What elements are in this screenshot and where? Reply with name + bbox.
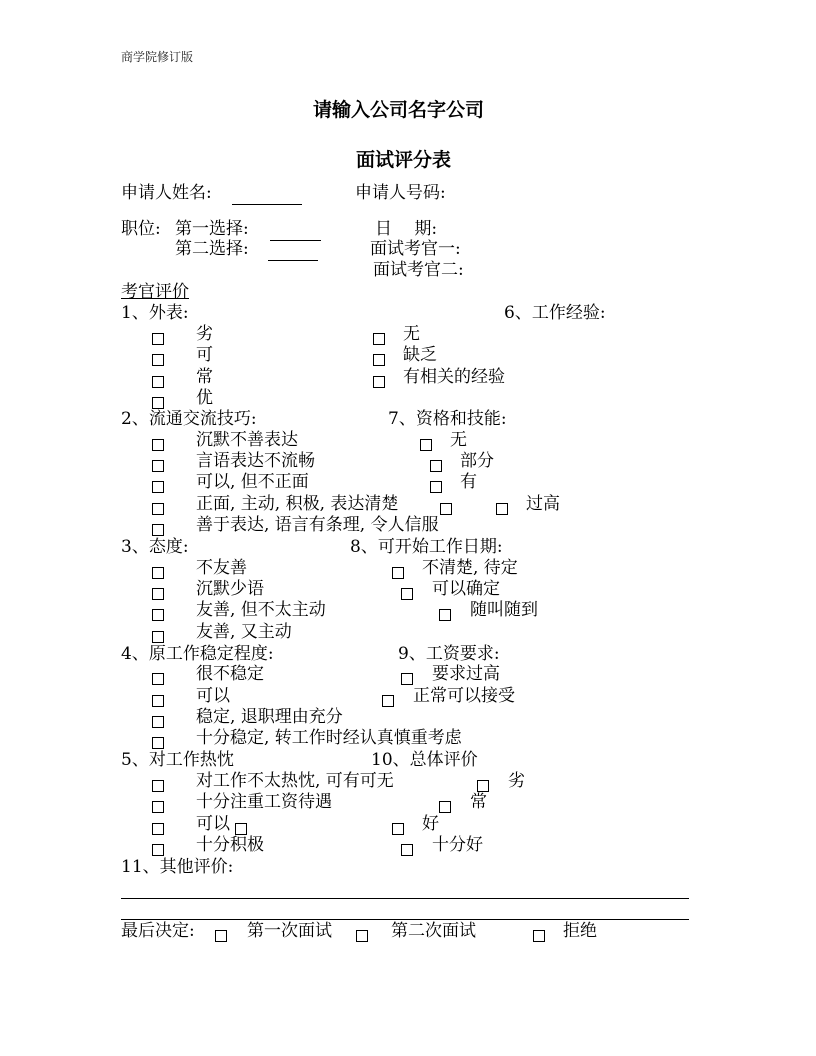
first-choice-field[interactable]: [270, 222, 321, 241]
s10-checkbox-3[interactable]: [401, 840, 413, 859]
s2-checkbox-1[interactable]: [152, 456, 164, 475]
s4-option-2: 稳定, 退职理由充分: [196, 707, 343, 728]
s6-option-0: 无: [403, 324, 420, 345]
s7-checkbox-3[interactable]: [496, 499, 508, 518]
s8-checkbox-0[interactable]: [392, 563, 404, 582]
first-choice-label: 第一选择:: [175, 219, 249, 240]
s2-title: 2、流通交流技巧:: [121, 409, 257, 430]
s8-title: 8、可开始工作日期:: [350, 537, 503, 558]
s2-option-4: 善于表达, 语言有条理, 令人信服: [196, 515, 439, 536]
s10-title: 10、总体评价: [371, 750, 478, 771]
s1-option-3: 优: [196, 388, 213, 409]
second-choice-field[interactable]: [268, 242, 318, 261]
s6-checkbox-2[interactable]: [373, 372, 385, 391]
section-title: 考官评价: [121, 282, 189, 303]
form-title: 面试评分表: [356, 145, 451, 172]
s10-option-3: 十分好: [432, 835, 483, 856]
s1-checkbox-2[interactable]: [152, 372, 164, 391]
s5-title: 5、对工作热忱: [121, 750, 234, 771]
interviewer1-label: 面试考官一:: [370, 239, 461, 260]
s10-option-0: 劣: [508, 771, 525, 792]
s4-option-0: 很不稳定: [196, 664, 264, 685]
s1-checkbox-1[interactable]: [152, 350, 164, 369]
other-comments-line-2[interactable]: [121, 919, 689, 920]
s4-option-3: 十分稳定, 转工作时经认真慎重考虑: [196, 728, 462, 749]
s3-option-1: 沉默少语: [196, 579, 264, 600]
final-checkbox-0[interactable]: [215, 926, 227, 945]
s3-title: 3、态度:: [121, 537, 189, 558]
s4-checkbox-0[interactable]: [152, 669, 164, 688]
final-decision-label: 最后决定:: [121, 921, 195, 942]
s7-title: 7、资格和技能:: [388, 409, 507, 430]
s4-title: 4、原工作稳定程度:: [121, 644, 274, 665]
s4-checkbox-1[interactable]: [152, 691, 164, 710]
final-checkbox-1[interactable]: [356, 926, 368, 945]
company-title: 请输入公司名字公司: [313, 95, 484, 122]
s2-stray-checkbox[interactable]: [440, 499, 452, 518]
s4-option-1: 可以: [196, 686, 230, 707]
s2-checkbox-3[interactable]: [152, 499, 164, 518]
final-option-0: 第一次面试: [247, 921, 332, 942]
s10-option-1: 常: [470, 792, 487, 813]
s3-checkbox-2[interactable]: [152, 605, 164, 624]
s6-title: 6、工作经验:: [504, 303, 606, 324]
position-label: 职位:: [121, 219, 161, 240]
s9-option-0: 要求过高: [432, 664, 500, 685]
header-note: 商学院修订版: [121, 48, 193, 65]
s1-checkbox-0[interactable]: [152, 329, 164, 348]
s7-checkbox-2[interactable]: [430, 477, 442, 496]
second-choice-label: 第二选择:: [175, 239, 249, 260]
final-option-1: 第二次面试: [391, 921, 476, 942]
s3-option-0: 不友善: [196, 558, 247, 579]
s8-option-0: 不清楚, 待定: [422, 558, 518, 579]
s7-checkbox-1[interactable]: [430, 456, 442, 475]
s5-option-1: 十分注重工资待遇: [196, 792, 332, 813]
s2-checkbox-0[interactable]: [152, 435, 164, 454]
s7-option-1: 部分: [460, 451, 494, 472]
applicant-number-label: 申请人号码:: [355, 183, 446, 204]
s5-option-3: 十分积极: [196, 835, 264, 856]
s11-title: 11、其他评价:: [121, 857, 233, 878]
s10-option-2: 好: [422, 814, 439, 835]
s7-option-3: 过高: [526, 494, 560, 515]
s8-option-1: 可以确定: [432, 579, 500, 600]
s1-option-2: 常: [196, 367, 213, 388]
s4-checkbox-2[interactable]: [152, 712, 164, 731]
date-label: 日 期:: [375, 219, 437, 240]
s7-option-2: 有: [460, 472, 477, 493]
s5-option-2: 可以: [196, 814, 230, 835]
s6-checkbox-0[interactable]: [373, 329, 385, 348]
s5-checkbox-0[interactable]: [152, 776, 164, 795]
interviewer2-label: 面试考官二:: [373, 260, 464, 281]
s2-option-2: 可以, 但不正面: [196, 472, 309, 493]
s1-option-1: 可: [196, 345, 213, 366]
final-option-2: 拒绝: [563, 921, 597, 942]
s2-option-3: 正面, 主动, 积极, 表达清楚: [196, 494, 398, 515]
s9-option-1: 正常可以接受: [413, 686, 515, 707]
s8-checkbox-2[interactable]: [439, 605, 451, 624]
s3-option-3: 友善, 又主动: [196, 622, 292, 643]
s6-checkbox-1[interactable]: [373, 350, 385, 369]
s7-checkbox-0[interactable]: [420, 435, 432, 454]
s6-option-2: 有相关的经验: [403, 367, 505, 388]
s3-checkbox-1[interactable]: [152, 584, 164, 603]
s6-option-1: 缺乏: [403, 345, 437, 366]
s8-checkbox-1[interactable]: [401, 584, 413, 603]
s9-title: 9、工资要求:: [398, 644, 500, 665]
s8-option-2: 随叫随到: [470, 600, 538, 621]
s9-checkbox-0[interactable]: [401, 669, 413, 688]
s9-checkbox-1[interactable]: [382, 691, 394, 710]
s5-option-0: 对工作不太热忱, 可有可无: [196, 771, 394, 792]
s2-option-0: 沉默不善表达: [196, 430, 298, 451]
applicant-name-label: 申请人姓名:: [121, 183, 212, 204]
s3-checkbox-0[interactable]: [152, 563, 164, 582]
s10-checkbox-2[interactable]: [392, 819, 404, 838]
s1-title: 1、外表:: [121, 303, 189, 324]
s5-checkbox-2[interactable]: [152, 819, 164, 838]
final-checkbox-2[interactable]: [533, 926, 545, 945]
s1-option-0: 劣: [196, 324, 213, 345]
s5-checkbox-1[interactable]: [152, 797, 164, 816]
s10-checkbox-1[interactable]: [439, 797, 451, 816]
s7-option-0: 无: [450, 430, 467, 451]
other-comments-line-1[interactable]: [121, 898, 689, 899]
s2-checkbox-2[interactable]: [152, 477, 164, 496]
s3-option-2: 友善, 但不太主动: [196, 600, 326, 621]
s2-option-1: 言语表达不流畅: [196, 451, 315, 472]
applicant-name-field[interactable]: [232, 186, 302, 205]
